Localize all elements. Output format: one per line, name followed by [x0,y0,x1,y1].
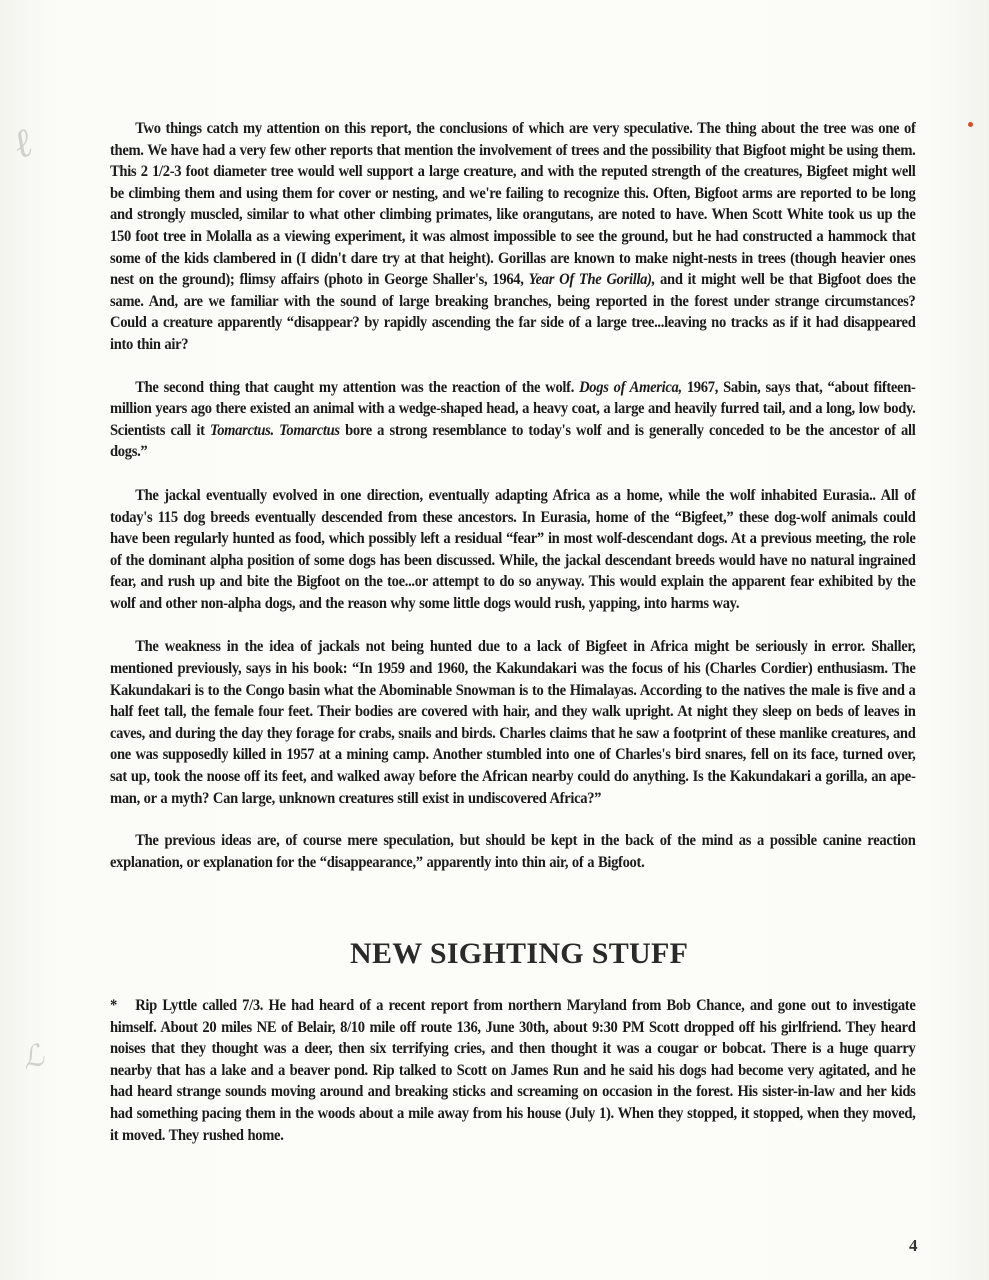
margin-scribble-top-left: ℓ [6,119,38,169]
italic-title-text: Tomarctus. Tomarctus [210,421,340,439]
paragraph: Two things catch my attention on this re… [110,118,916,356]
paragraph-text: Two things catch my attention on this re… [110,119,916,288]
paragraph-text: The jackal eventually evolved in one dir… [110,486,916,612]
bullet-star: * [110,995,135,1017]
paragraph-text: The weakness in the idea of jackals not … [110,637,916,806]
scanned-page: ℓ ℒ Two things catch my attention on thi… [0,0,989,1280]
paragraph: The jackal eventually evolved in one dir… [110,485,916,615]
sighting-text: Rip Lyttle called 7/3. He had heard of a… [110,996,916,1144]
sighting-paragraph: *Rip Lyttle called 7/3. He had heard of … [110,995,916,1146]
article-body: Two things catch my attention on this re… [110,118,916,873]
italic-title-text: Dogs of America, [579,378,682,396]
margin-scribble-bottom-left: ℒ [18,1038,48,1077]
italic-title-text: Year Of The Gorilla), [529,270,655,288]
paragraph-text: The previous ideas are, of course mere s… [110,831,916,871]
scan-mark-dot [968,122,973,127]
page-number: 4 [909,1236,918,1256]
paragraph: The previous ideas are, of course mere s… [110,830,916,873]
sighting-report: *Rip Lyttle called 7/3. He had heard of … [110,995,916,1146]
section-heading: NEW SIGHTING STUFF [350,937,688,971]
paragraph: The second thing that caught my attentio… [110,377,916,463]
paragraph-text: The second thing that caught my attentio… [135,378,579,396]
paragraph: The weakness in the idea of jackals not … [110,636,916,809]
